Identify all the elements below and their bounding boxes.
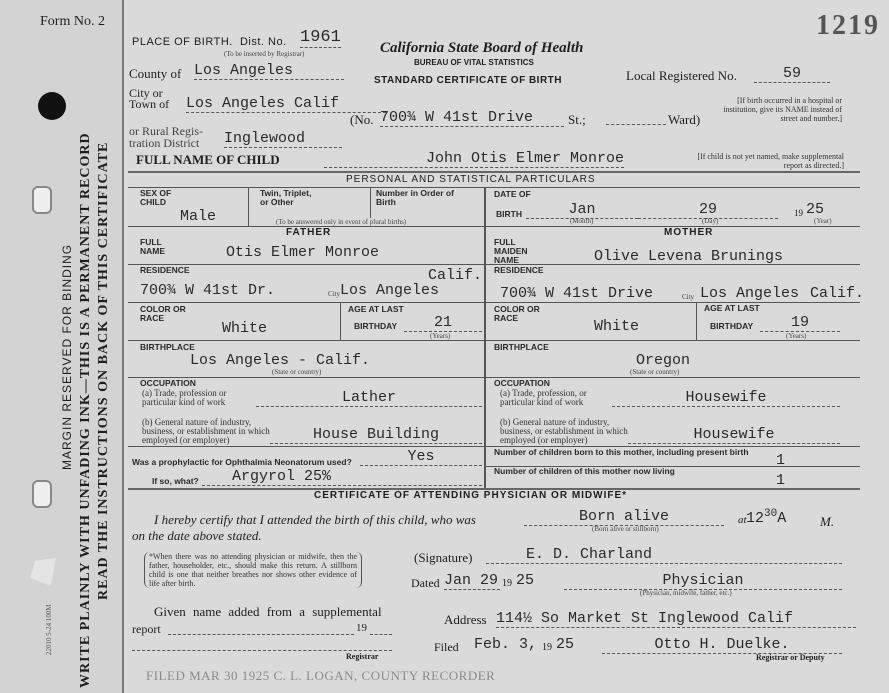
prophylactic-what: Argyrol 25% — [202, 468, 482, 486]
birth-certificate-form: PLACE OF BIRTH. Dist. No. 1961 (To be in… — [122, 0, 889, 693]
street-prefix: (No. — [350, 112, 373, 128]
local-registered-number: 59 — [754, 65, 830, 83]
father-color-label: COLOR OR RACE — [140, 305, 190, 323]
dated-year: 25 — [516, 572, 534, 589]
father-birthplace-label: BIRTHPLACE — [140, 343, 195, 352]
district-number: 1961 — [300, 28, 341, 48]
prophylactic-question: Was a prophylactic for Ophthalmia Neonat… — [132, 458, 352, 467]
dated-century: 19 — [502, 578, 512, 589]
birthplace-caption: (State or country) — [272, 368, 321, 376]
father-occupation-label: OCCUPATION — [140, 379, 196, 388]
birth-status-caption: (Born alive or stillborn) — [592, 525, 659, 533]
certify-text: I hereby certify that I attended the bir… — [154, 512, 476, 528]
father-birthplace: Los Angeles - Calif. — [190, 352, 370, 369]
certify-date-text: on the date above stated. — [132, 528, 262, 544]
bureau-title: BUREAU OF VITAL STATISTICS — [414, 58, 534, 67]
dated-value: Jan 29 — [444, 572, 500, 590]
mother-residence-state: Calif. — [810, 285, 864, 302]
mother-birthday-label: BIRTHDAY — [710, 322, 753, 331]
binding-margin: Form No. 2 MARGIN RESERVED FOR BINDING W… — [0, 0, 122, 693]
rural-district-label: or Rural Regis-tration District — [129, 125, 203, 149]
prophylactic-what-label: If so, what? — [152, 477, 199, 486]
board-title: California State Board of Health — [380, 40, 583, 57]
mother-heading: MOTHER — [664, 227, 713, 238]
title-caption: (Physician, midwife, father, etc.) — [640, 589, 732, 597]
father-name: Otis Elmer Monroe — [226, 244, 379, 261]
filed-date: Feb. 3, — [474, 636, 537, 653]
year-caption: (Year) — [814, 217, 832, 225]
twin-label: Twin, Triplet, or Other — [260, 189, 320, 207]
print-code: 22010 5-24 100M — [45, 604, 53, 655]
mother-age-label: AGE AT LAST — [704, 304, 760, 313]
name-note: [If child is not yet named, make supplem… — [694, 152, 844, 170]
city-caption: City — [328, 290, 340, 298]
local-registered-label: Local Registered No. — [626, 68, 737, 84]
father-residence-state: Calif. — [428, 267, 482, 284]
day-caption: (Day) — [702, 217, 718, 225]
birth-century: 19 — [794, 208, 803, 218]
birth-year: 25 — [806, 201, 824, 218]
read-instructions-text: READ THE INSTRUCTIONS ON BACK OF THIS CE… — [96, 142, 112, 600]
certificate-heading: CERTIFICATE OF ATTENDING PHYSICIAN OR MI… — [314, 490, 627, 501]
month-caption: (Month) — [570, 217, 593, 225]
hospital-note: [If birth occurred in a hospital or inst… — [722, 96, 842, 123]
dated-label: Dated — [411, 576, 440, 591]
place-of-birth-label: PLACE OF BIRTH. Dist. No. — [132, 36, 287, 48]
registrar-caption: Registrar or Deputy — [756, 653, 825, 662]
city-label: City orTown of — [129, 88, 169, 110]
report-label: report — [132, 622, 161, 637]
father-age-label: AGE AT LAST — [348, 305, 404, 314]
street-suffix: St.; — [568, 112, 586, 128]
city-caption: City — [682, 293, 694, 301]
physician-title: Physician — [564, 572, 842, 590]
given-name-text: Given name added from a supplemental — [154, 604, 382, 620]
filed-year: 25 — [556, 636, 574, 653]
birthplace-caption: (State or country) — [630, 368, 679, 376]
report-date-blank[interactable] — [168, 634, 354, 635]
registrar-blank[interactable] — [132, 650, 392, 651]
county-label: County of — [129, 66, 181, 82]
report-year-blank[interactable] — [370, 634, 392, 635]
particulars-heading: PERSONAL AND STATISTICAL PARTICULARS — [346, 174, 596, 185]
stillborn-note: *When there was no attending physician o… — [144, 552, 362, 588]
prophylactic-answer: Yes — [360, 448, 482, 466]
sex-label: SEX OF CHILD — [140, 189, 190, 207]
plural-note: (To be answered only in event of plural … — [276, 218, 406, 226]
mother-occupation-a-label: (a) Trade, profession, or particular kin… — [500, 389, 612, 407]
mother-name-label: FULL MAIDEN NAME — [494, 238, 538, 265]
father-color: White — [222, 320, 267, 337]
birth-status: Born alive — [524, 508, 724, 526]
father-residence-city: Los Angeles — [340, 282, 439, 299]
father-occupation-a-label: (a) Trade, profession or particular kind… — [142, 389, 254, 407]
years-caption: (Years) — [786, 332, 806, 340]
registrar-name: Otto H. Duelke. — [602, 636, 842, 654]
father-occupation-b-label: (b) General nature of industry, business… — [142, 418, 272, 445]
mother-birthplace: Oregon — [636, 352, 690, 369]
stamp-number: 1219 — [816, 10, 880, 42]
punch-hole — [32, 186, 52, 214]
report-century: 19 — [356, 622, 367, 634]
father-occupation-b: House Building — [270, 426, 482, 444]
m-label: M. — [820, 514, 834, 530]
mother-color-label: COLOR OR RACE — [494, 305, 544, 323]
mother-occupation-b-label: (b) General nature of industry, business… — [500, 418, 630, 445]
father-residence-label: RESIDENCE — [140, 266, 190, 275]
mother-color: White — [594, 318, 639, 335]
paper-tear — [30, 558, 56, 586]
certificate-title: STANDARD CERTIFICATE OF BIRTH — [374, 75, 562, 86]
punch-hole — [32, 480, 52, 508]
mother-age: 19 — [760, 314, 840, 332]
mother-occupation-label: OCCUPATION — [494, 379, 550, 388]
mother-occupation-a: Housewife — [612, 389, 840, 407]
father-occupation-a: Lather — [256, 389, 482, 407]
mother-occupation-b: Housewife — [628, 426, 840, 444]
address-value: 114½ So Market St Inglewood Calif — [496, 610, 856, 628]
registrar-label: Registrar — [346, 652, 378, 661]
city-value: Los Angeles Calif — [186, 95, 386, 113]
filed-century: 19 — [542, 642, 552, 653]
full-name-label: FULL NAME OF CHILD — [136, 152, 280, 168]
father-residence-street: 700¾ W 41st Dr. — [140, 282, 275, 299]
children-living-count: 1 — [776, 472, 785, 489]
father-name-label: FULL NAME — [140, 238, 180, 256]
years-caption: (Years) — [430, 332, 450, 340]
district-note: (To be inserted by Registrar) — [224, 50, 304, 58]
address-label: Address — [444, 612, 487, 628]
county-value: Los Angeles — [194, 62, 344, 80]
filed-label: Filed — [434, 640, 459, 655]
mother-residence-label: RESIDENCE — [494, 266, 544, 275]
form-number: Form No. 2 — [40, 14, 105, 30]
punch-hole — [38, 92, 66, 120]
mother-residence-city: Los Angeles — [700, 285, 799, 302]
father-birthday-label: BIRTHDAY — [354, 322, 397, 331]
mother-birthplace-label: BIRTHPLACE — [494, 343, 549, 352]
signature-label: (Signature) — [414, 550, 472, 566]
father-heading: FATHER — [286, 227, 331, 238]
county-recorder-stamp: FILED MAR 30 1925 C. L. LOGAN, COUNTY RE… — [146, 668, 495, 684]
ward-label: Ward) — [668, 112, 700, 128]
birth-order-label: Number in Order of Birth — [376, 189, 456, 207]
margin-reserved-text: MARGIN RESERVED FOR BINDING — [60, 244, 74, 470]
write-plainly-text: WRITE PLAINLY WITH UNFADING INK—THIS IS … — [78, 132, 94, 688]
birth-time: 1230A — [746, 508, 786, 527]
children-living-label: Number of children of this mother now li… — [494, 467, 675, 476]
street-value: 700¾ W 41st Drive — [380, 109, 564, 127]
ward-blank[interactable] — [606, 124, 666, 125]
sex-value: Male — [180, 208, 216, 225]
mother-name: Olive Levena Brunings — [594, 248, 783, 265]
signature-value: E. D. Charland — [486, 546, 842, 564]
date-of-birth-label: DATE OF — [494, 190, 531, 199]
father-age: 21 — [404, 314, 482, 332]
mother-residence-street: 700¾ W 41st Drive — [500, 285, 653, 302]
full-name-value: John Otis Elmer Monroe — [324, 150, 624, 168]
birth-label: BIRTH — [496, 210, 522, 219]
children-born-label: Number of children born to this mother, … — [494, 448, 749, 457]
rural-district-value: Inglewood — [224, 130, 342, 148]
